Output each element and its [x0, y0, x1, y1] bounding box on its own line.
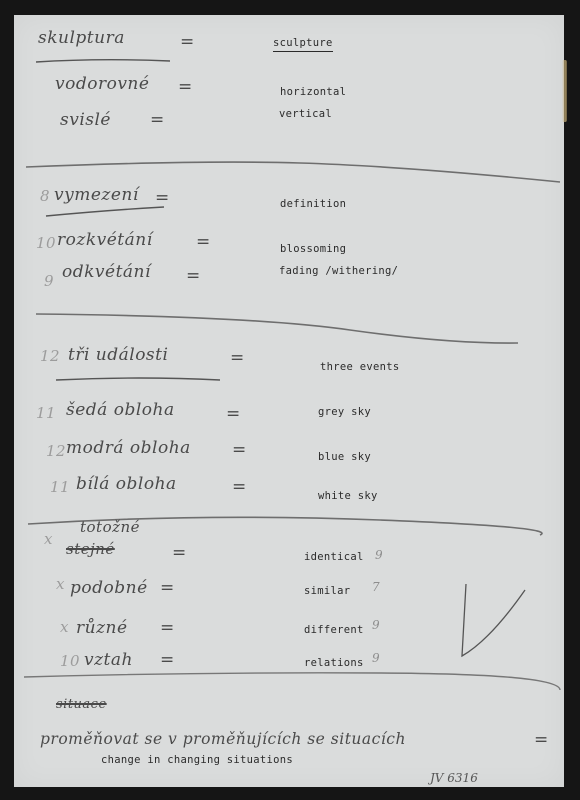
equals-sign: = — [232, 440, 247, 460]
margin-number: 7 — [372, 580, 380, 594]
margin-number: 9 — [372, 618, 380, 632]
x-mark: x — [44, 530, 53, 548]
item-number: 10 — [60, 652, 80, 670]
item-number: 10 — [36, 234, 56, 252]
czech-word: modrá obloha — [66, 438, 191, 458]
english-word: blue sky — [318, 451, 371, 463]
x-mark: x — [60, 618, 69, 636]
struck-word: situace — [56, 697, 107, 712]
equals-sign: = — [534, 730, 549, 750]
english-word: fading /withering/ — [279, 265, 398, 277]
czech-word: rozkvétání — [57, 230, 153, 250]
equals-sign: = — [160, 650, 175, 670]
divider-line-4 — [24, 673, 560, 690]
item-number: 12 — [40, 347, 60, 365]
english-word: different — [304, 624, 364, 636]
equals-sign: = — [150, 110, 165, 130]
english-word: grey sky — [318, 406, 371, 418]
item-number: 8 — [40, 187, 50, 205]
english-word: white sky — [318, 490, 378, 502]
english-phrase: change in changing situations — [101, 754, 293, 766]
czech-word: totožné — [80, 518, 140, 536]
equals-sign: = — [160, 578, 175, 598]
equals-sign: = — [178, 77, 193, 97]
divider-line-2 — [36, 314, 518, 343]
archive-number: JV 6316 — [430, 771, 478, 785]
czech-word: bílá obloha — [76, 474, 177, 494]
english-word: sculpture — [273, 37, 333, 52]
divider-line-1 — [26, 162, 560, 182]
czech-word: tři události — [68, 345, 168, 365]
equals-sign: = — [160, 618, 175, 638]
czech-word: podobné — [70, 578, 148, 598]
equals-sign: = — [230, 348, 245, 368]
item-number: 12 — [46, 442, 66, 460]
english-word: relations — [304, 657, 364, 669]
item-number: 11 — [50, 478, 70, 496]
czech-word: vymezení — [54, 185, 139, 205]
czech-word: šedá obloha — [66, 400, 175, 420]
czech-word: vztah — [84, 650, 133, 670]
equals-sign: = — [180, 32, 195, 52]
czech-word: svislé — [60, 110, 111, 130]
english-word: blossoming — [280, 243, 346, 255]
czech-phrase: proměňovat se v proměňujících se situací… — [40, 730, 406, 748]
english-word: identical — [304, 551, 364, 563]
item-number: 9 — [44, 272, 54, 290]
item-number: 11 — [36, 404, 56, 422]
english-word: definition — [280, 198, 346, 210]
equals-sign: = — [196, 232, 211, 252]
czech-word: různé — [76, 618, 128, 638]
equals-sign: = — [226, 404, 241, 424]
equals-sign: = — [155, 188, 170, 208]
english-word: vertical — [279, 108, 332, 120]
margin-number: 9 — [375, 548, 383, 562]
czech-word: skulptura — [38, 28, 125, 48]
equals-sign: = — [186, 266, 201, 286]
czech-word: odkvétání — [62, 262, 151, 282]
equals-sign: = — [172, 543, 187, 563]
czech-word: vodorovné — [55, 74, 149, 94]
equals-sign: = — [232, 477, 247, 497]
x-mark: x — [56, 575, 65, 593]
english-word: horizontal — [280, 86, 346, 98]
english-word: three events — [320, 361, 399, 373]
struck-word: stejné — [66, 540, 115, 558]
checkmark-icon — [462, 584, 525, 656]
english-word: similar — [304, 585, 350, 597]
margin-number: 9 — [372, 651, 380, 665]
